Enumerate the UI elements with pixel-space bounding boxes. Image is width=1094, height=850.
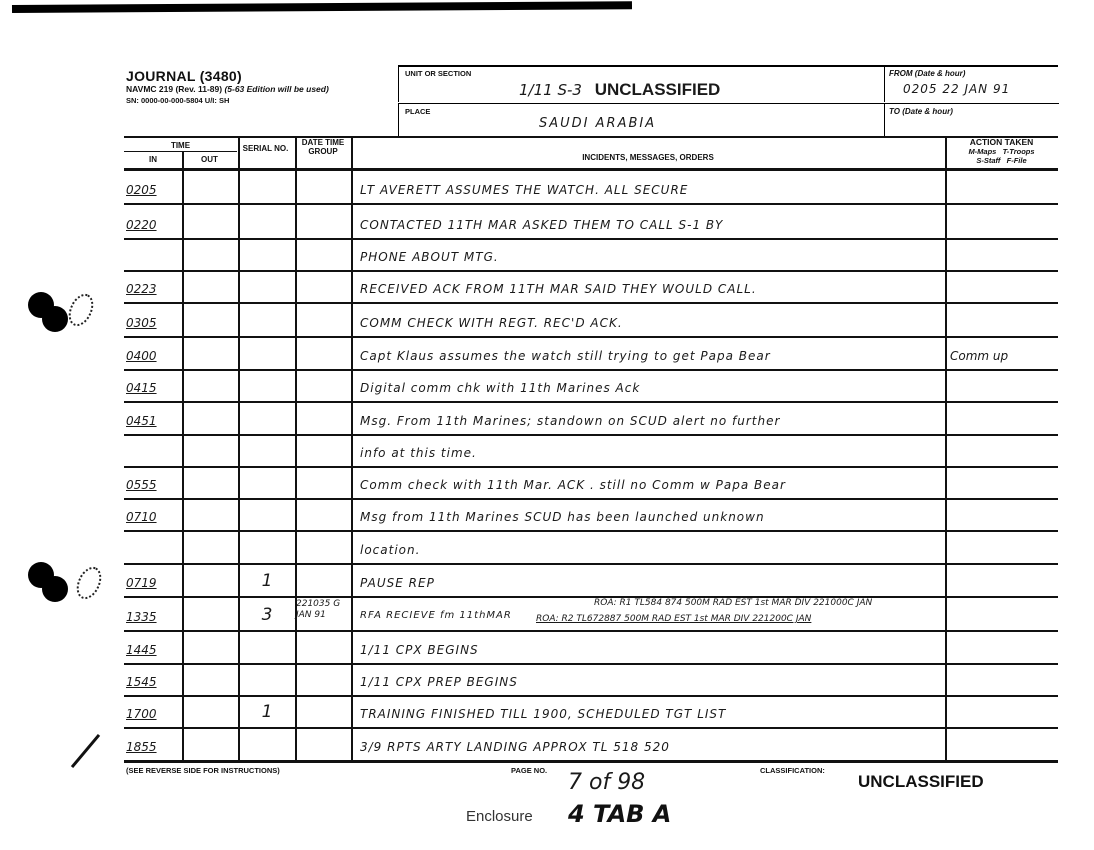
time-in-cell: 1855 [126,740,182,754]
place-value: SAUDI ARABIA [539,116,656,131]
incident-roa-line-2: ROA: R2 TL672887 500M RAD EST 1st MAR DI… [536,614,1076,624]
row-rule [124,563,1058,565]
col-header-in: IN [124,155,182,164]
col-header-action: ACTION TAKEN [945,138,1058,147]
row-rule [124,401,1058,403]
row-rule [124,663,1058,665]
column-rule [182,151,184,760]
from-date-value: 0205 22 JAN 91 [903,82,1010,96]
incident-text-cell: Capt Klaus assumes the watch still tryin… [360,349,940,363]
enclosure-label: Enclosure [466,808,533,825]
from-date-field: FROM (Date & hour) 0205 22 JAN 91 [884,66,1059,102]
punch-hole [42,306,68,332]
scan-smudge [64,290,98,330]
instructions-note: (SEE REVERSE SIDE FOR INSTRUCTIONS) [126,766,280,775]
page-label: PAGE NO. [511,766,547,775]
incident-text-cell: Comm check with 11th Mar. ACK . still no… [360,478,940,492]
time-in-cell: 1700 [126,707,182,721]
column-rule [351,136,353,760]
time-subheader-rule [124,151,237,152]
classification-value: UNCLASSIFIED [858,772,984,792]
row-rule [124,530,1058,532]
enclosure-tab: 4 TAB A [568,800,671,828]
classification-label: CLASSIFICATION: [760,766,825,775]
incident-text-cell: info at this time. [360,446,940,460]
form-number: NAVMC 219 (Rev. 11-89) (5-63 Edition wil… [126,84,329,94]
row-rule [124,203,1058,205]
time-in-cell: 0719 [126,576,182,590]
action-legend-2: S-Staff F-File [945,156,1058,165]
row-rule [124,336,1058,338]
incident-text-cell: TRAINING FINISHED TILL 1900, SCHEDULED T… [360,707,940,721]
table-top-rule [124,136,1058,138]
incident-text-cell: COMM CHECK WITH REGT. REC'D ACK. [360,316,940,330]
row-rule [124,695,1058,697]
unit-section-field: UNIT OR SECTION 1/11 S-3 UNCLASSIFIED [398,66,884,102]
incident-text-cell: 1/11 CPX BEGINS [360,643,940,657]
incident-text-cell: PHONE ABOUT MTG. [360,250,940,264]
action-cell: Comm up [950,349,1054,363]
form-title: JOURNAL (3480) [126,68,242,84]
place-field: PLACE SAUDI ARABIA [398,103,884,136]
pen-mark [71,734,100,768]
punch-hole [42,576,68,602]
dtg-cell: 221035 G JAN 91 [296,599,350,621]
time-in-cell: 0223 [126,282,182,296]
incident-text-cell: 3/9 RPTS ARTY LANDING APPROX TL 518 520 [360,740,940,754]
time-in-cell: 1445 [126,643,182,657]
row-rule [124,369,1058,371]
incident-text-cell: Digital comm chk with 11th Marines Ack [360,381,940,395]
time-in-cell: 0555 [126,478,182,492]
serial-cell: 1 [240,702,294,722]
row-rule [124,238,1058,240]
incident-text-cell: location. [360,543,940,557]
action-legend-1: M-Maps T-Troops [945,147,1058,156]
time-in-cell: 1335 [126,610,182,624]
time-in-cell: 0220 [126,218,182,232]
journal-table: TIME IN OUT SERIAL NO. DATE TIME GROUP I… [124,136,1058,762]
incident-text-cell: PAUSE REP [360,576,940,590]
time-in-cell: 0451 [126,414,182,428]
time-in-cell: 0305 [126,316,182,330]
scan-smudge [72,563,106,603]
time-in-cell: 1545 [126,675,182,689]
incident-text-cell: 1/11 CPX PREP BEGINS [360,675,940,689]
to-date-field: TO (Date & hour) [884,103,1059,136]
row-rule [124,760,1058,763]
row-rule [124,302,1058,304]
time-in-cell: 0415 [126,381,182,395]
col-header-time: TIME [124,141,237,150]
row-rule [124,270,1058,272]
col-header-out: OUT [182,155,237,164]
incident-text-cell: RECEIVED ACK FROM 11TH MAR SAID THEY WOU… [360,282,940,296]
row-rule [124,727,1058,729]
incident-text-cell: LT AVERETT ASSUMES THE WATCH. ALL SECURE [360,183,940,197]
column-rule [295,136,297,760]
row-rule [124,434,1058,436]
scan-top-bar [12,1,632,13]
row-rule [124,466,1058,468]
incident-roa-line-1: ROA: R1 TL584 874 500M RAD EST 1st MAR D… [594,598,1074,608]
incident-text-cell: Msg from 11th Marines SCUD has been laun… [360,510,940,524]
row-rule [124,596,1058,598]
row-rule [124,168,1058,171]
row-rule [124,630,1058,632]
serial-cell: 3 [240,605,294,625]
incident-text-cell: CONTACTED 11TH MAR ASKED THEM TO CALL S-… [360,218,940,232]
time-in-cell: 0710 [126,510,182,524]
row-rule [124,498,1058,500]
unit-classification: UNCLASSIFIED [595,80,721,99]
column-rule [238,136,240,760]
incident-text-cell: Msg. From 11th Marines; standown on SCUD… [360,414,940,428]
col-header-dtg: DATE TIME GROUP [295,138,351,156]
column-rule [945,136,947,760]
stock-number: SN: 0000-00-000-5804 U/I: SH [126,96,229,105]
col-header-incidents: INCIDENTS, MESSAGES, ORDERS [351,153,945,162]
col-header-serial: SERIAL NO. [237,144,294,153]
page-number: 7 of 98 [568,770,645,795]
time-in-cell: 0400 [126,349,182,363]
serial-cell: 1 [240,571,294,591]
unit-handwritten: 1/11 S-3 [519,81,582,99]
time-in-cell: 0205 [126,183,182,197]
